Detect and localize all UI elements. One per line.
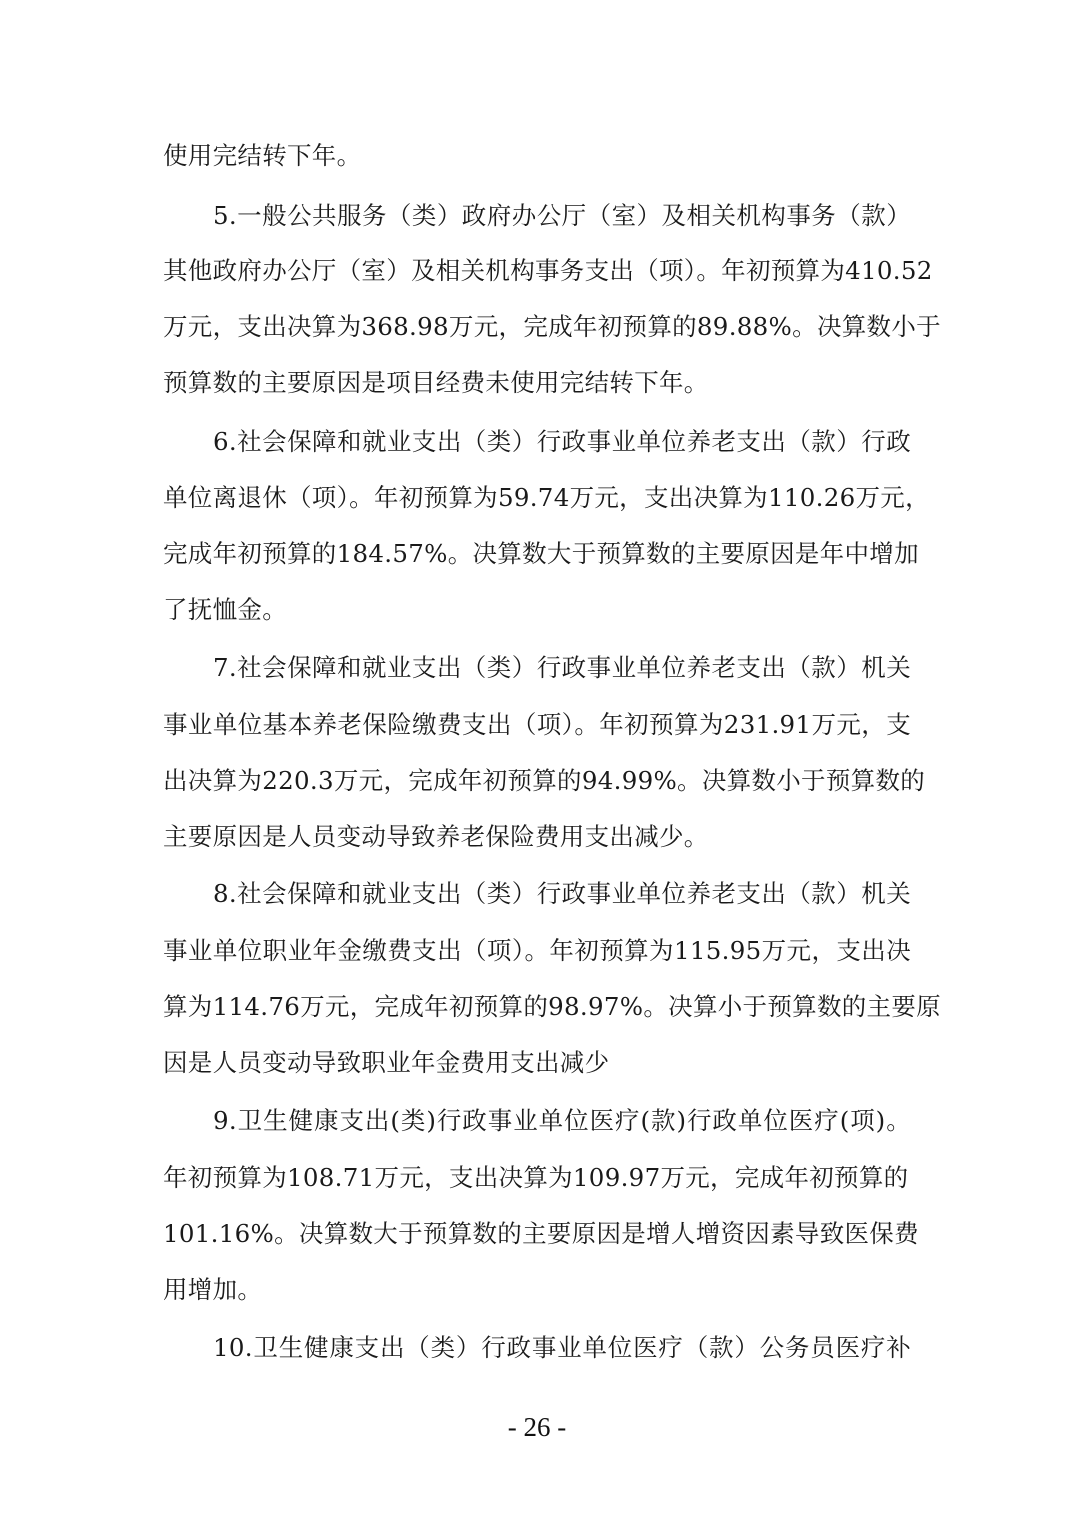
paragraph-line: 算为114.76万元，完成年初预算的98.97%。决算小于预算数的主要原 [163, 992, 911, 1022]
paragraph-first-line: 6.社会保障和就业支出（类）行政事业单位养老支出（款）行政 [213, 427, 911, 457]
paragraph-line: 用增加。 [163, 1275, 911, 1305]
paragraph-first-line: 5.一般公共服务（类）政府办公厅（室）及相关机构事务（款） [213, 201, 911, 231]
paragraph-line: 单位离退休（项）。年初预算为59.74万元，支出决算为110.26万元， [163, 483, 911, 513]
paragraph-line: 101.16%。决算数大于预算数的主要原因是增人增资因素导致医保费 [163, 1219, 911, 1249]
document-page: 使用完结转下年。5.一般公共服务（类）政府办公厅（室）及相关机构事务（款）其他政… [0, 0, 1074, 1520]
paragraph-line: 出决算为220.3万元，完成年初预算的94.99%。决算数小于预算数的 [163, 766, 911, 796]
paragraph-line: 预算数的主要原因是项目经费未使用完结转下年。 [163, 368, 911, 398]
page-number: - 26 - [0, 1412, 1074, 1442]
paragraph-line: 完成年初预算的184.57%。决算数大于预算数的主要原因是年中增加 [163, 539, 911, 569]
paragraph-line: 事业单位职业年金缴费支出（项）。年初预算为115.95万元，支出决 [163, 936, 911, 966]
paragraph-line: 使用完结转下年。 [163, 141, 911, 171]
paragraph-line: 年初预算为108.71万元，支出决算为109.97万元，完成年初预算的 [163, 1163, 911, 1193]
paragraph-first-line: 7.社会保障和就业支出（类）行政事业单位养老支出（款）机关 [213, 653, 911, 683]
paragraph-first-line: 8.社会保障和就业支出（类）行政事业单位养老支出（款）机关 [213, 879, 911, 909]
paragraph-line: 万元，支出决算为368.98万元，完成年初预算的89.88%。决算数小于 [163, 312, 911, 342]
paragraph-line: 了抚恤金。 [163, 595, 911, 625]
paragraph-line: 其他政府办公厅（室）及相关机构事务支出（项）。年初预算为410.52 [163, 256, 911, 286]
paragraph-line: 因是人员变动导致职业年金费用支出减少 [163, 1048, 911, 1078]
paragraph-first-line: 10.卫生健康支出（类）行政事业单位医疗（款）公务员医疗补 [213, 1333, 911, 1363]
paragraph-line: 事业单位基本养老保险缴费支出（项）。年初预算为231.91万元，支 [163, 710, 911, 740]
paragraph-first-line: 9.卫生健康支出(类)行政事业单位医疗(款)行政单位医疗(项)。 [213, 1106, 911, 1136]
paragraph-line: 主要原因是人员变动导致养老保险费用支出减少。 [163, 822, 911, 852]
